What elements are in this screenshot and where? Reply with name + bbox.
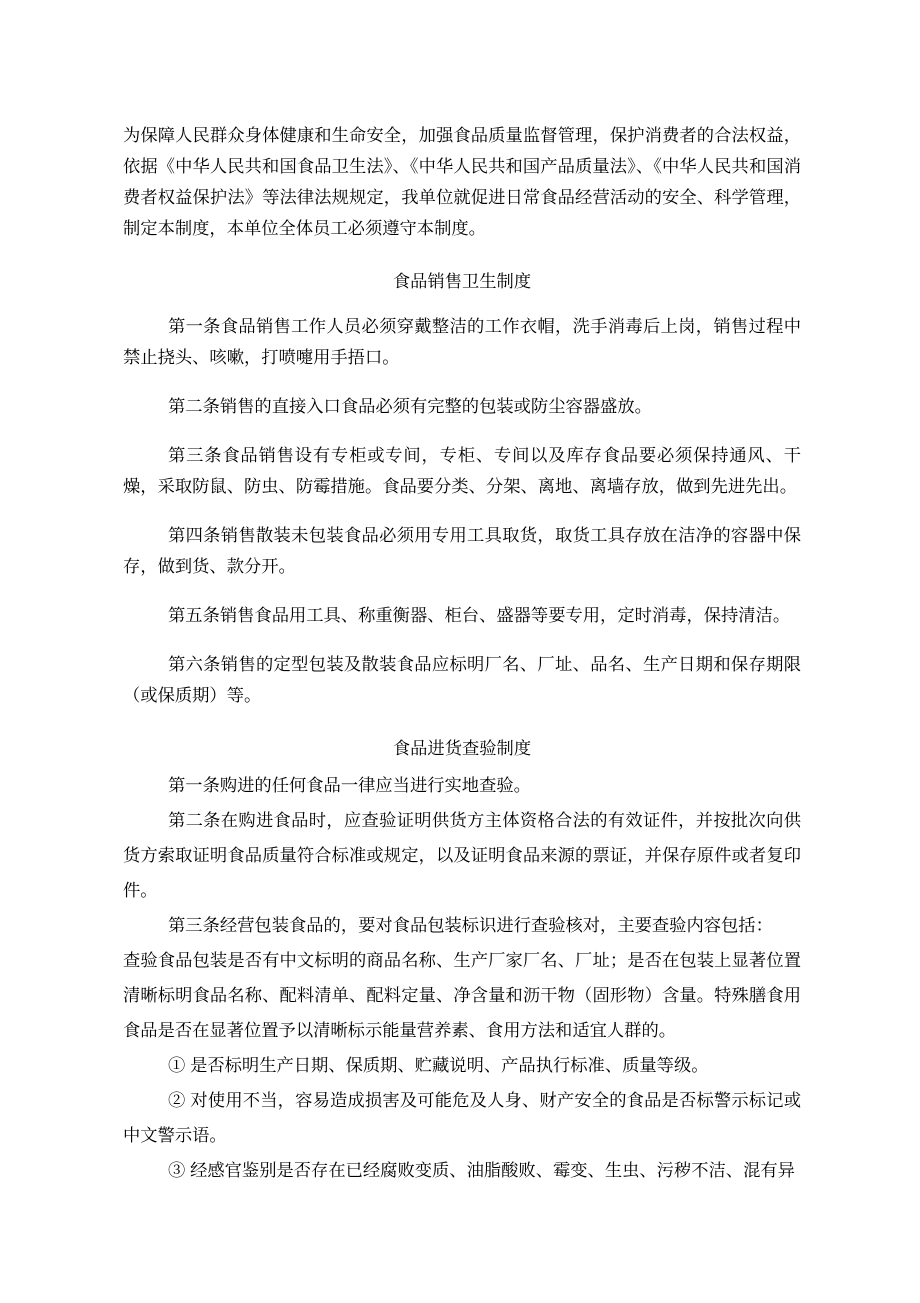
intro-paragraph: 为保障人民群众身体健康和生命安全，加强食品质量监督管理，保护消费者的合法权益，依…	[123, 120, 801, 244]
document-content: 为保障人民群众身体健康和生命安全，加强食品质量监督管理，保护消费者的合法权益，依…	[123, 120, 801, 1188]
section1-article-5: 第五条销售食品用工具、称重衡器、柜台、盛器等要专用，定时消毒，保持清洁。	[123, 600, 801, 631]
section2-title: 食品进货查验制度	[123, 733, 801, 764]
section1-article-1: 第一条食品销售工作人员必须穿戴整洁的工作衣帽，洗手消毒后上岗，销售过程中禁止挠头…	[123, 311, 801, 373]
section2-article-3-continuation: 查验食品包装是否有中文标明的商品名称、生产厂家厂名、厂址；是否在包装上显著位置清…	[123, 943, 801, 1048]
section2-body: 第一条购进的任何食品一律应当进行实地查验。 第二条在购进食品时，应查验证明供货方…	[123, 768, 801, 1188]
section1-article-3: 第三条食品销售设有专柜或专间，专柜、专间以及库存食品要必须保持通风、干燥，采取防…	[123, 440, 801, 502]
section1-title: 食品销售卫生制度	[123, 266, 801, 297]
section2-list-item-1: ① 是否标明生产日期、保质期、贮藏说明、产品执行标准、质量等级。	[123, 1048, 801, 1083]
section2-article-1: 第一条购进的任何食品一律应当进行实地查验。	[123, 768, 801, 803]
section2-list-item-2: ② 对使用不当，容易造成损害及可能危及人身、财产安全的食品是否标警示标记或中文警…	[123, 1083, 801, 1153]
section1-article-2: 第二条销售的直接入口食品必须有完整的包装或防尘容器盛放。	[123, 391, 801, 422]
section2-article-2: 第二条在购进食品时，应查验证明供货方主体资格合法的有效证件，并按批次向供货方索取…	[123, 803, 801, 908]
section2-article-3: 第三条经营包装食品的，要对食品包装标识进行查验核对，主要查验内容包括：	[123, 908, 801, 943]
section1-article-4: 第四条销售散装未包装食品必须用专用工具取货，取货工具存放在洁净的容器中保存，做到…	[123, 520, 801, 582]
document-page: 为保障人民群众身体健康和生命安全，加强食品质量监督管理，保护消费者的合法权益，依…	[0, 0, 920, 1303]
section2-list-item-3: ③ 经感官鉴别是否存在已经腐败变质、油脂酸败、霉变、生虫、污秽不洁、混有异	[123, 1153, 801, 1188]
section1-article-6: 第六条销售的定型包装及散装食品应标明厂名、厂址、品名、生产日期和保存期限（或保质…	[123, 649, 801, 711]
